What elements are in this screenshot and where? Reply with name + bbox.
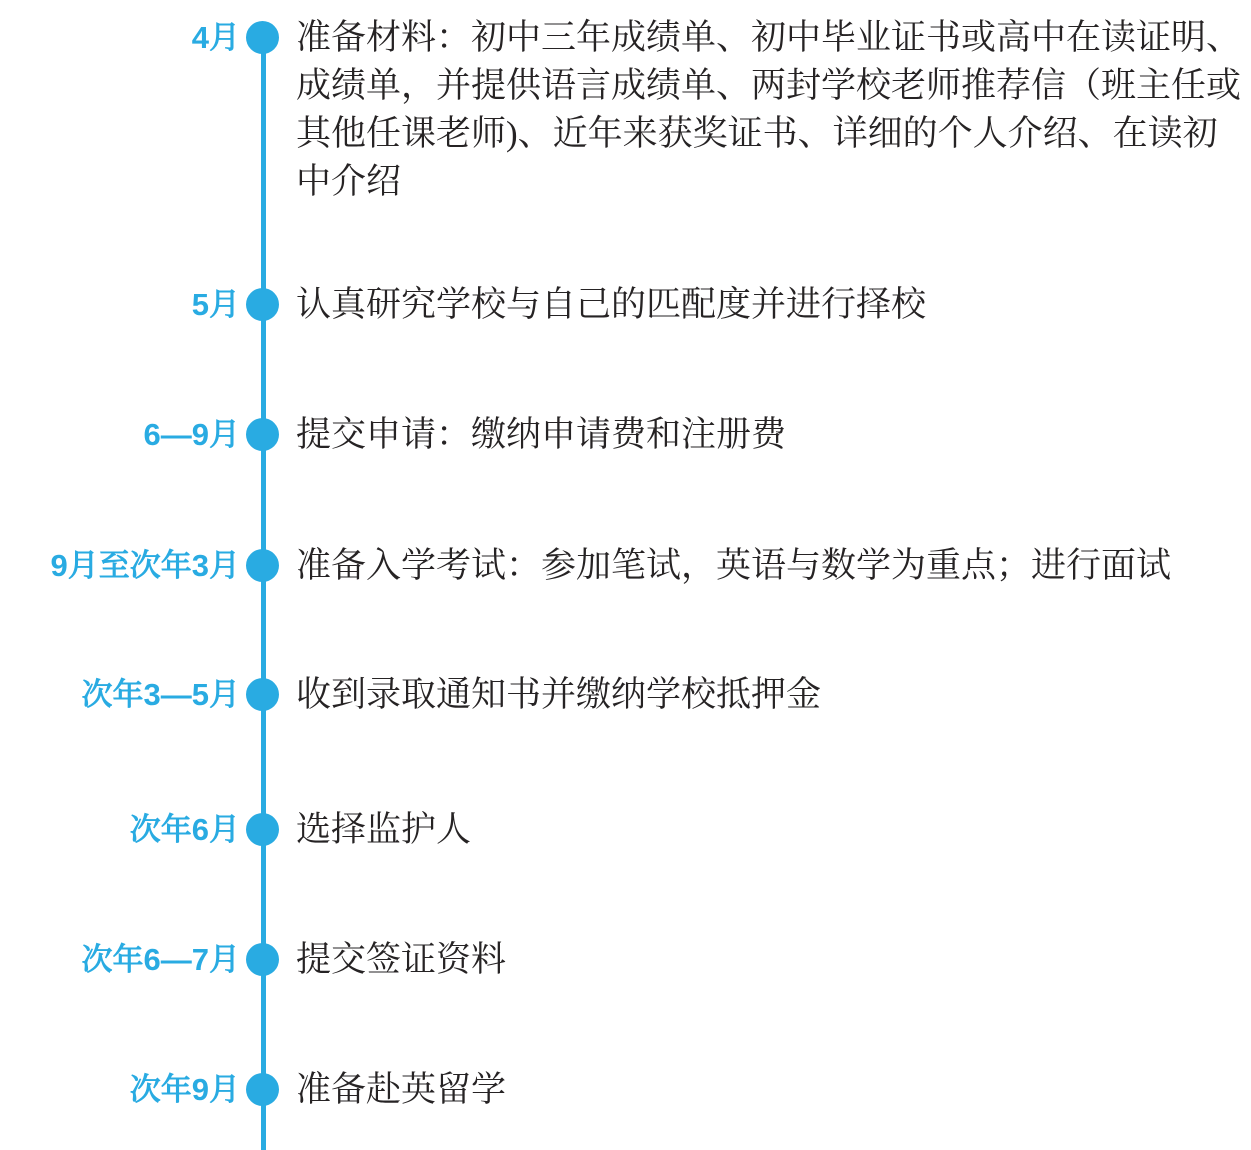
- timeline-dot-icon: [246, 418, 279, 451]
- timeline-dot-icon: [246, 21, 279, 54]
- timeline-dot-icon: [246, 678, 279, 711]
- timeline-item: 6—9月 提交申请：缴纳申请费和注册费: [0, 411, 1246, 459]
- timeline-date-label: 6—9月: [0, 411, 240, 459]
- timeline-item: 5月 认真研究学校与自己的匹配度并进行择校: [0, 281, 1246, 329]
- timeline-item-text: 选择监护人: [296, 806, 1246, 854]
- timeline-dot-icon: [246, 943, 279, 976]
- timeline-date-label: 次年6月: [0, 806, 240, 854]
- timeline-date-label: 4月: [0, 14, 240, 62]
- timeline-item-text: 准备材料：初中三年成绩单、初中毕业证书或高中在读证明、成绩单，并提供语言成绩单、…: [296, 14, 1246, 206]
- timeline-item-text: 提交申请：缴纳申请费和注册费: [296, 411, 1246, 459]
- timeline-item: 9月至次年3月 准备入学考试：参加笔试，英语与数学为重点；进行面试: [0, 542, 1246, 590]
- timeline-dot-icon: [246, 813, 279, 846]
- timeline-item-text: 提交签证资料: [296, 936, 1246, 984]
- timeline-diagram: 4月 准备材料：初中三年成绩单、初中毕业证书或高中在读证明、成绩单，并提供语言成…: [0, 0, 1251, 1150]
- timeline-item: 次年9月 准备赴英留学: [0, 1066, 1246, 1114]
- timeline-dot-icon: [246, 288, 279, 321]
- timeline-date-label: 次年3—5月: [0, 671, 240, 719]
- timeline-date-label: 次年6—7月: [0, 936, 240, 984]
- timeline-item-text: 认真研究学校与自己的匹配度并进行择校: [296, 281, 1246, 329]
- timeline-dot-icon: [246, 1073, 279, 1106]
- timeline-date-label: 次年9月: [0, 1066, 240, 1114]
- timeline-item: 次年3—5月 收到录取通知书并缴纳学校抵押金: [0, 671, 1246, 719]
- timeline-date-label: 9月至次年3月: [0, 542, 240, 590]
- timeline-date-label: 5月: [0, 281, 240, 329]
- timeline-item-text: 准备赴英留学: [296, 1066, 1246, 1114]
- timeline-dot-icon: [246, 549, 279, 582]
- timeline-item-text: 收到录取通知书并缴纳学校抵押金: [296, 671, 1246, 719]
- timeline-item: 次年6月 选择监护人: [0, 806, 1246, 854]
- timeline-item-text: 准备入学考试：参加笔试，英语与数学为重点；进行面试: [296, 542, 1246, 590]
- timeline-item: 4月 准备材料：初中三年成绩单、初中毕业证书或高中在读证明、成绩单，并提供语言成…: [0, 14, 1246, 206]
- timeline-item: 次年6—7月 提交签证资料: [0, 936, 1246, 984]
